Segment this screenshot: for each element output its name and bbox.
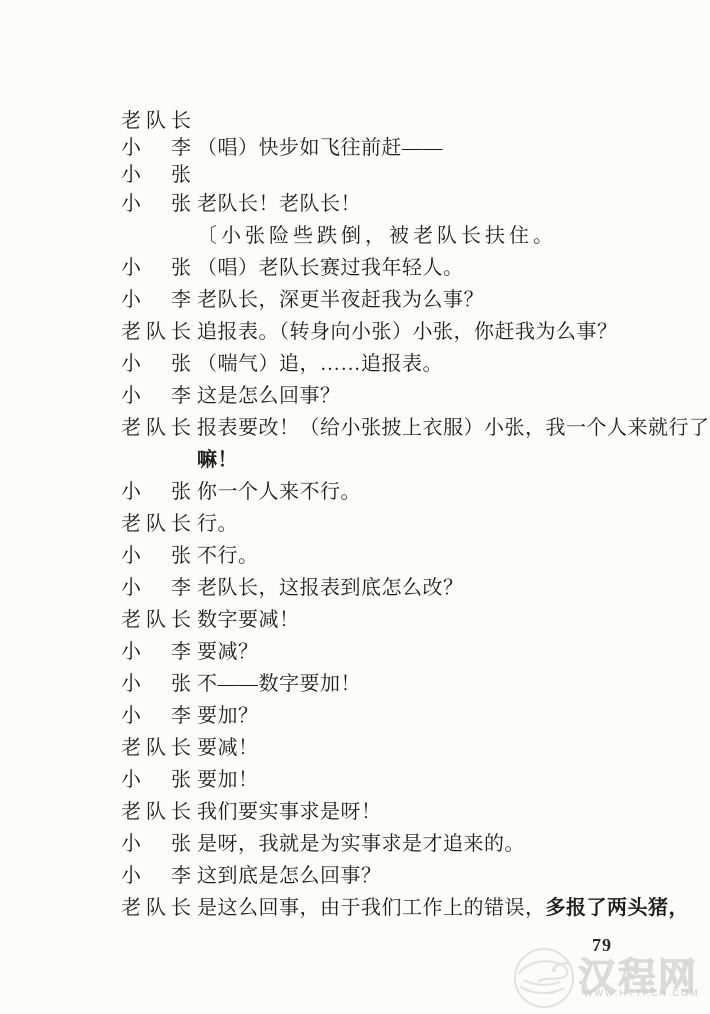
script-line: 小张 （喘气）追，……追报表。 [121, 353, 681, 376]
watermark-site-url: WWW.HTTPCN.COM [584, 988, 699, 998]
speaker-name: 小李 [121, 641, 191, 664]
script-line: 小张 不——数字要加！ [121, 673, 681, 696]
speaker-name: 小张 [121, 257, 191, 280]
script-line: 老队长 要减！ [121, 737, 681, 760]
fish-swirl-logo-icon [510, 944, 578, 1012]
dialogue-text: （喘气）追，……追报表。 [197, 353, 443, 376]
script-line: 小李 要减？ [121, 641, 681, 664]
dialogue-text: 要减？ [197, 641, 259, 664]
speaker-name: 老队长 [121, 801, 191, 824]
speaker-name: 小张 [121, 545, 191, 568]
speaker-name: 老队长 [121, 513, 191, 536]
stage-direction: 〔小张险些跌倒，被老队长扶住。 [121, 225, 681, 248]
speaker-name: 小李 [121, 577, 191, 600]
dialogue-text: 是这么回事，由于我们工作上的错误，多报了两头猪， [197, 897, 689, 920]
script-line: 老队长 行。 [121, 513, 681, 536]
speaker-name: 小张 [121, 769, 191, 792]
script-body: 老队长 小李 （唱）快步如飞往前赶—— 小张 小张 老队长！老队长！ 〔小张险些… [121, 110, 681, 929]
script-line: 老队长 是这么回事，由于我们工作上的错误，多报了两头猪， [121, 897, 681, 920]
script-line: 小张 （唱）老队长赛过我年轻人。 [121, 257, 681, 280]
speaker-name: 小张 [121, 164, 191, 187]
speaker-name: 小张 [121, 673, 191, 696]
dialogue-text: 是呀，我就是为实事求是才追来的。 [197, 833, 525, 856]
dialogue-text: 老队长，深更半夜赶我为么事？ [197, 289, 484, 312]
script-line: 小张 你一个人来不行。 [121, 481, 681, 504]
speaker-name: 小李 [121, 705, 191, 728]
speaker-name: 小李 [121, 385, 191, 408]
dialogue-text: 数字要减！ [197, 609, 300, 632]
page-number: 79 [592, 935, 612, 956]
dialogue-text: 这是怎么回事？ [197, 385, 341, 408]
script-line: 老队长 [121, 110, 681, 133]
script-line: 小张 老队长！老队长！ [121, 193, 681, 216]
speaker-name: 小李 [121, 865, 191, 888]
dialogue-text: 不——数字要加！ [197, 673, 361, 696]
dialogue-text: 嘛！ [197, 449, 238, 472]
dialogue-text-bold: 多报了两头猪， [546, 897, 690, 919]
script-line: 小李 这是怎么回事？ [121, 385, 681, 408]
script-line: 小张 是呀，我就是为实事求是才追来的。 [121, 833, 681, 856]
speaker-name: 小张 [121, 481, 191, 504]
script-line: 小李 要加？ [121, 705, 681, 728]
speaker-name: 老队长 [121, 737, 191, 760]
speaker-name: 小张 [121, 833, 191, 856]
script-line-continuation: 嘛！ [121, 449, 681, 472]
speaker-name: 老队长 [121, 609, 191, 632]
speaker-name: 小张 [121, 353, 191, 376]
dialogue-text: （唱）老队长赛过我年轻人。 [197, 257, 464, 280]
joint-singing-group: 老队长 小李 （唱）快步如飞往前赶—— 小张 [121, 110, 681, 187]
dialogue-text: 要加！ [197, 769, 259, 792]
dialogue-text: 报表要改！（给小张披上衣服）小张，我一个人来就行了 [197, 417, 710, 440]
dialogue-text: 追报表。（转身向小张）小张，你赶我为么事？ [197, 321, 618, 344]
speaker-name: 老队长 [121, 321, 191, 344]
script-line: 小张 [121, 164, 681, 187]
speaker-name: 小李 [121, 289, 191, 312]
dialogue-text: 行。 [197, 513, 238, 536]
speaker-name: 老队长 [121, 110, 191, 133]
script-line: 小张 要加！ [121, 769, 681, 792]
speaker-name: 老队长 [121, 417, 191, 440]
script-line: 小李 （唱）快步如飞往前赶—— [121, 137, 681, 160]
script-line: 小李 老队长，这报表到底怎么改？ [121, 577, 681, 600]
script-line: 小张 不行。 [121, 545, 681, 568]
dialogue-text-normal: 是这么回事，由于我们工作上的错误， [197, 897, 546, 919]
speaker-name: 老队长 [121, 897, 191, 920]
dialogue-text: 不行。 [197, 545, 259, 568]
speaker-name: 小李 [121, 137, 191, 160]
dialogue-text: 要减！ [197, 737, 259, 760]
dialogue-text: 我们要实事求是呀！ [197, 801, 382, 824]
dialogue-text: 老队长！老队长！ [197, 193, 361, 216]
dialogue-text: 要加？ [197, 705, 259, 728]
dialogue-text: （唱）快步如飞往前赶—— [197, 137, 443, 160]
script-line: 小李 这到底是怎么回事？ [121, 865, 681, 888]
dialogue-text: 老队长，这报表到底怎么改？ [197, 577, 464, 600]
stage-direction-text: 〔小张险些跌倒，被老队长扶住。 [197, 225, 557, 248]
script-line: 小李 老队长，深更半夜赶我为么事？ [121, 289, 681, 312]
dialogue-text: 这到底是怎么回事？ [197, 865, 382, 888]
script-line: 老队长 数字要减！ [121, 609, 681, 632]
script-line: 老队长 追报表。（转身向小张）小张，你赶我为么事？ [121, 321, 681, 344]
scanned-script-page: 老队长 小李 （唱）快步如飞往前赶—— 小张 小张 老队长！老队长！ 〔小张险些… [0, 0, 710, 1014]
dialogue-text: 你一个人来不行。 [197, 481, 361, 504]
script-line: 老队长 我们要实事求是呀！ [121, 801, 681, 824]
script-line: 老队长 报表要改！（给小张披上衣服）小张，我一个人来就行了 [121, 417, 681, 440]
speaker-name: 小张 [121, 193, 191, 216]
